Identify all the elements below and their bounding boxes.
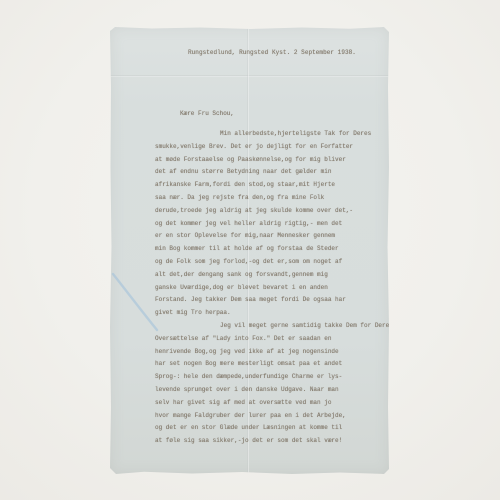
horizontal-fold-crease: [110, 75, 389, 77]
letter-line: smukke,venlige Brev. Det er jo dejligt f…: [155, 141, 365, 154]
letter-line: derude,troede jeg aldrig at jeg skulde k…: [155, 205, 365, 218]
letter-line: og de Folk som jeg forlod,-og det er,som…: [155, 256, 365, 269]
letter-line: at føle sig saa sikker,-jo det er som de…: [155, 435, 365, 448]
letter-line: selv har givet sig af med at oversætte v…: [155, 397, 365, 410]
letter-page: Rungstedlund, Rungsted Kyst. 2 September…: [110, 27, 389, 474]
letter-line: Sprog-: hele den dæmpede,underfundige Ch…: [155, 371, 365, 384]
letter-line: Oversættelse af "Lady into Fox." Det er …: [155, 333, 365, 346]
letter-line: Min allerbedste,hjerteligste Tak for Der…: [155, 128, 365, 141]
letter-line: min Bog kommer til at holde af og forsta…: [155, 243, 365, 256]
letter-line: Jeg vil meget gerne samtidig takke Dem f…: [155, 320, 365, 333]
letter-line: saa nær. Da jeg rejste fra den,og fra mi…: [155, 192, 365, 205]
letter-line: afrikanske Farm,fordi den stod,og staar,…: [155, 179, 365, 192]
letter-line: har set nogen Bog mere mesterligt omsat …: [155, 358, 365, 371]
letter-line: at møde Forstaaelse og Paaskønnelse,og f…: [155, 154, 365, 167]
letter-line: hvor mange Faldgruber der lurer paa en i…: [155, 410, 365, 423]
letter-line: henrivende Bog,og jeg ved ikke af at jeg…: [155, 346, 365, 359]
letter-line: ganske Uværdige,dog er blevet bevaret i …: [155, 282, 365, 295]
blue-pencil-mark: [110, 271, 160, 333]
letter-line: er en stor Oplevelse for mig,naar Mennes…: [155, 230, 365, 243]
letter-line: alt det,der dengang sank og forsvandt,ge…: [155, 269, 365, 282]
letter-line: og det kommer jeg vel heller aldrig rigt…: [155, 218, 365, 231]
letter-salutation: Kære Fru Schou,: [180, 109, 234, 118]
photo-background: Rungstedlund, Rungsted Kyst. 2 September…: [0, 0, 500, 500]
letter-body: Min allerbedste,hjerteligste Tak for Der…: [155, 128, 365, 448]
letter-line: det af endnu større Betydning naar det g…: [155, 166, 365, 179]
letter-line: og det er en stor Glæde under Læsningen …: [155, 422, 365, 435]
letter-line: givet mig Tro herpaa.: [155, 307, 365, 320]
letter-line: Forstand. Jeg takker Dem saa meget fordi…: [155, 294, 365, 307]
letter-line: levende sprunget over i den danske Udgav…: [155, 384, 365, 397]
letter-dateline: Rungstedlund, Rungsted Kyst. 2 September…: [188, 48, 356, 57]
